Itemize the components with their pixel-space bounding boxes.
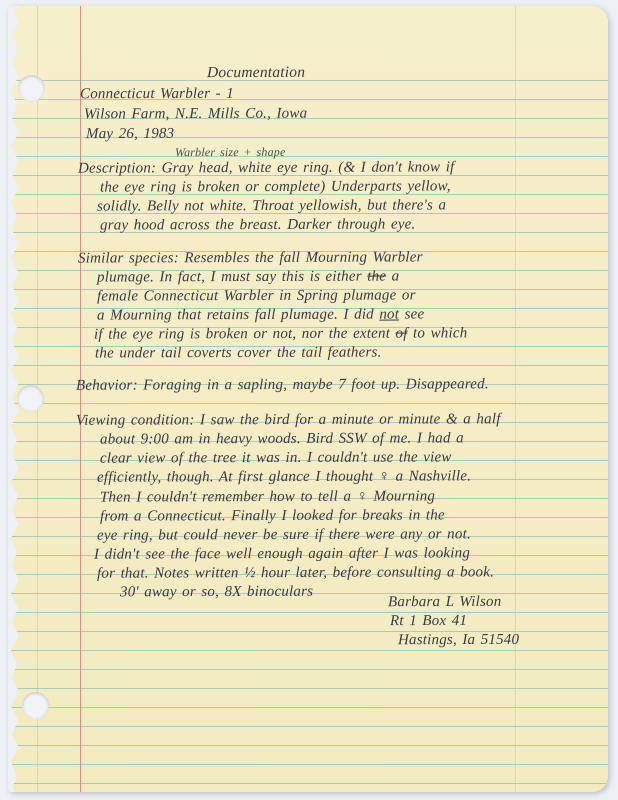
viewing-line-10: 30' away or so, 8X binoculars [120,584,313,602]
text-segment: a [386,268,399,284]
viewing-line-7: eye ring, but could never be sure if the… [97,526,471,544]
doc-title: Documentation [207,64,305,82]
right-crease-line [515,6,516,792]
text-segment: a Mourning that retains fall plumage. I … [97,307,379,324]
text-segment: to which [408,325,468,341]
scan-background: Documentation Connecticut Warbler - 1 Wi… [0,0,618,800]
description-line-1: Description: Gray head, white eye ring. … [78,159,454,177]
viewing-line-6: from a Connecticut. Finally I looked for… [100,507,445,525]
description-line-4: gray hood across the breast. Darker thro… [100,216,416,234]
species-line: Connecticut Warbler - 1 [80,86,234,104]
viewing-line-3: clear view of the tree it was in. I coul… [100,449,452,467]
description-line-3: solidly. Belly not white. Throat yellowi… [97,197,446,215]
struck-word: of [395,326,407,342]
red-margin-line [80,6,81,792]
struck-word: the [367,269,386,285]
notebook-page: Documentation Connecticut Warbler - 1 Wi… [8,6,608,792]
viewing-line-2: about 9:00 am in heavy woods. Bird SSW o… [100,430,464,448]
hole-punch-bottom [22,692,49,719]
similar-species-line-3: female Connecticut Warbler in Spring plu… [97,287,416,305]
similar-species-line-5: if the eye ring is broken or not, nor th… [94,325,467,343]
date-line: May 26, 1983 [86,126,174,143]
viewing-line-4: efficiently, though. At first glance I t… [97,468,471,486]
description-line-2: the eye ring is broken or complete) Unde… [100,178,451,196]
signature-address1: Rt 1 Box 41 [390,613,467,630]
viewing-line-8: I didn't see the face well enough again … [94,545,470,563]
location-line: Wilson Farm, N.E. Mills Co., Iowa [84,106,307,124]
hole-punch-middle [17,385,44,412]
signature-name: Barbara L Wilson [388,594,502,611]
similar-species-line-1: Similar species: Resembles the fall Mour… [78,249,423,267]
text-segment: plumage. In fact, I must say this is eit… [97,269,367,286]
size-shape-note: Warbler size + shape [175,145,286,160]
hole-punch-top [18,75,45,102]
similar-species-line-2: plumage. In fact, I must say this is eit… [97,268,399,286]
text-segment: see [399,306,424,322]
viewing-line-9: for that. Notes written ½ hour later, be… [97,564,494,582]
similar-species-line-6: the under tail coverts cover the tail fe… [95,345,382,363]
signature-address2: Hastings, Ia 51540 [398,632,519,649]
viewing-line-5: Then I couldn't remember how to tell a ♀… [100,488,435,506]
text-segment: if the eye ring is broken or not, nor th… [94,326,396,343]
behavior-line: Behavior: Foraging in a sapling, maybe 7… [76,376,489,394]
underlined-word: not [379,307,399,323]
similar-species-line-4: a Mourning that retains fall plumage. I … [97,306,424,324]
viewing-line-1: Viewing condition: I saw the bird for a … [76,411,501,429]
